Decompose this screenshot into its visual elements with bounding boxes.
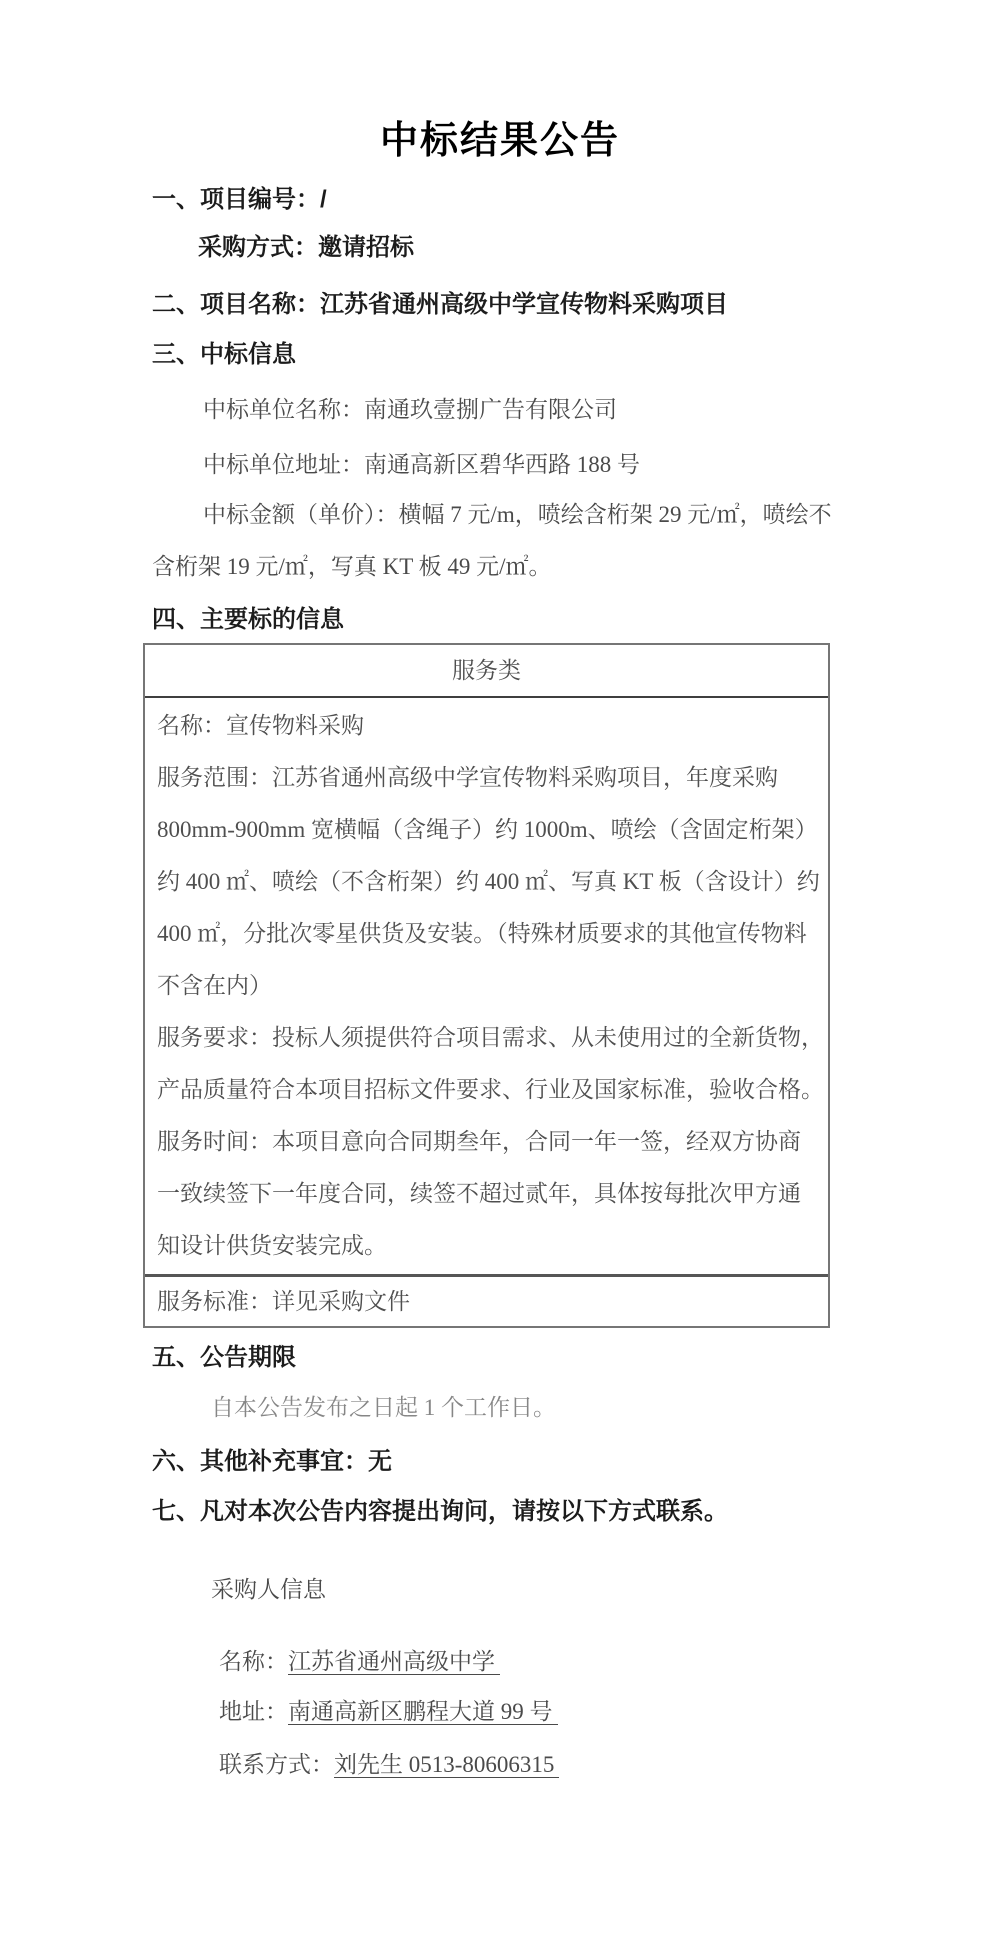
service-scope-line: 服务范围：江苏省通州高级中学宣传物料采购项目，年度采购 (157, 752, 816, 804)
buyer-name-value: 江苏省通州高级中学 (288, 1649, 500, 1675)
table-body-cell: 名称：宣传物料采购 服务范围：江苏省通州高级中学宣传物料采购项目，年度采购 80… (145, 698, 828, 1274)
award-price: 中标金额（单价）：横幅 7 元/m，喷绘含桁架 29 元/㎡，喷绘不 含桁架 1… (152, 489, 832, 593)
section-2-heading: 二、项目名称：江苏省通州高级中学宣传物料采购项目 (152, 290, 728, 320)
service-standard-row: 服务标准：详见采购文件 (145, 1274, 828, 1326)
buyer-address-value: 南通高新区鹏程大道 99 号 (288, 1699, 558, 1725)
item-name-line: 名称：宣传物料采购 (157, 700, 816, 752)
table-category-header: 服务类 (145, 645, 828, 698)
service-requirement-paragraph: 服务要求：投标人须提供符合项目需求、从未使用过的全新货物， 产品质量符合本项目招… (157, 1012, 816, 1116)
service-time-line: 服务时间：本项目意向合同期叁年，合同一年一签，经双方协商 (157, 1116, 816, 1168)
bid-items-table: 服务类 名称：宣传物料采购 服务范围：江苏省通州高级中学宣传物料采购项目，年度采… (143, 643, 830, 1328)
buyer-phone-value: 刘先生 0513-80606315 (334, 1752, 559, 1778)
service-requirement-line: 产品质量符合本项目招标文件要求、行业及国家标准，验收合格。 (157, 1064, 816, 1116)
section-5-heading: 五、公告期限 (152, 1343, 296, 1373)
page-title: 中标结果公告 (0, 116, 1000, 166)
award-price-line: 含桁架 19 元/㎡，写真 KT 板 49 元/㎡。 (152, 541, 832, 593)
award-price-line: 中标金额（单价）：横幅 7 元/m，喷绘含桁架 29 元/㎡，喷绘不 (152, 489, 832, 541)
buyer-phone-row: 联系方式：刘先生 0513-80606315 (219, 1751, 559, 1779)
section-7-heading: 七、凡对本次公告内容提出询问，请按以下方式联系。 (152, 1497, 728, 1527)
service-time-line: 一致续签下一年度合同，续签不超过贰年，具体按每批次甲方通 (157, 1168, 816, 1220)
document-page: 中标结果公告 一、项目编号：/ 采购方式：邀请招标 二、项目名称：江苏省通州高级… (0, 0, 1000, 1940)
service-scope-line: 不含在内） (157, 960, 816, 1012)
service-requirement-line: 服务要求：投标人须提供符合项目需求、从未使用过的全新货物， (157, 1012, 816, 1064)
winner-address: 中标单位地址：南通高新区碧华西路 188 号 (203, 451, 640, 479)
procurement-method: 采购方式：邀请招标 (198, 233, 414, 263)
buyer-address-label: 地址： (219, 1699, 288, 1724)
service-time-line: 知设计供货安装完成。 (157, 1220, 816, 1272)
service-scope-paragraph: 服务范围：江苏省通州高级中学宣传物料采购项目，年度采购 800mm-900mm … (157, 752, 816, 1012)
service-scope-line: 约 400 ㎡、喷绘（不含桁架）约 400 ㎡、写真 KT 板（含设计）约 (157, 856, 816, 908)
service-time-paragraph: 服务时间：本项目意向合同期叁年，合同一年一签，经双方协商 一致续签下一年度合同，… (157, 1116, 816, 1272)
buyer-info-title: 采购人信息 (211, 1576, 326, 1604)
item-name-paragraph: 名称：宣传物料采购 (157, 700, 816, 752)
section-6-heading: 六、其他补充事宜：无 (152, 1447, 392, 1477)
announcement-period: 自本公告发布之日起 1 个工作日。 (211, 1394, 556, 1422)
buyer-phone-label: 联系方式： (219, 1752, 334, 1777)
buyer-name-label: 名称： (219, 1649, 288, 1674)
section-1-heading: 一、项目编号：/ (152, 185, 327, 215)
winner-name: 中标单位名称：南通玖壹捌广告有限公司 (203, 396, 617, 424)
service-scope-line: 400 ㎡，分批次零星供货及安装。（特殊材质要求的其他宣传物料 (157, 908, 816, 960)
section-4-heading: 四、主要标的信息 (152, 605, 344, 635)
buyer-name-row: 名称：江苏省通州高级中学 (219, 1648, 500, 1676)
section-3-heading: 三、中标信息 (152, 340, 296, 370)
buyer-address-row: 地址：南通高新区鹏程大道 99 号 (219, 1698, 558, 1726)
service-scope-line: 800mm-900mm 宽横幅（含绳子）约 1000m、喷绘（含固定桁架） (157, 804, 816, 856)
